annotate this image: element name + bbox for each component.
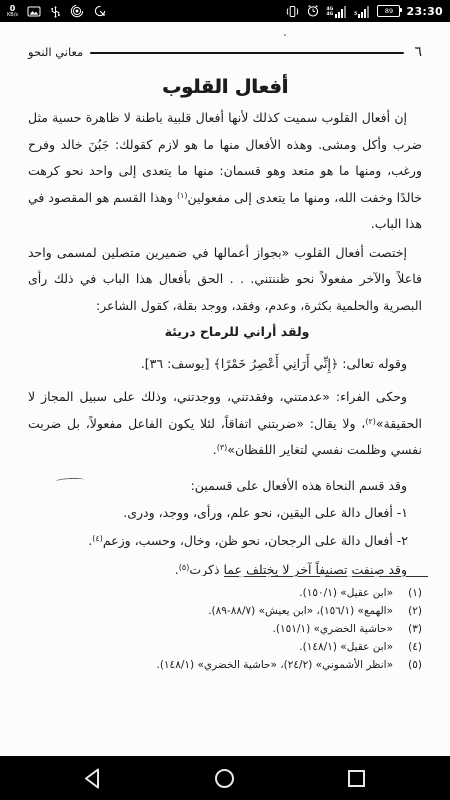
paragraph-ikhtisas: إختصت أفعال القلوب «بجواز أعمالها في ضمي… xyxy=(28,240,422,320)
status-clock: 23:30 xyxy=(406,5,443,18)
navigation-bar xyxy=(0,756,450,800)
footnote-2: (٢) «الهمع» (١٥٦/١)، «ابن يعيش» (٨٩‎-‎٨٨… xyxy=(28,602,422,620)
footnote-4: (٤) «ابن عقيل» (١٤٨/١). xyxy=(28,638,422,656)
footnote-1-number: (١) xyxy=(402,584,422,602)
network-speed-unit: KB/s xyxy=(7,13,18,18)
chapter-title: أفعال القلوب xyxy=(68,75,382,99)
list-item-2: ٢- أفعال دالة على الرجحان، نحو ظن، وخال،… xyxy=(28,528,408,555)
home-button[interactable] xyxy=(203,756,247,800)
signal-icon-sim1: 4G 4G xyxy=(326,5,348,18)
hotspot-icon xyxy=(70,4,84,18)
footnote-ref-5: (٥) xyxy=(179,563,190,572)
footnote-2-number: (٢) xyxy=(402,602,422,620)
footnote-3-text: «حاشية الخضري» (١٥١/١). xyxy=(273,620,393,638)
status-bar-left: 0 KB/s xyxy=(7,4,107,18)
signal-sim2-type: 5 xyxy=(354,12,357,17)
footnote-separator xyxy=(224,576,428,577)
page-header: معاني النحو ٦ xyxy=(28,44,422,60)
signal-icon-sim2: 5 xyxy=(354,5,371,18)
paragraph-quran-citation: وقوله تعالى: ﴿إِنِّي أَرَانِي أَعْصِرُ خ… xyxy=(28,351,422,378)
footnote-5-text: «انظر الأشموني» (٢٤/٢)، «حاشية الخضري» (… xyxy=(156,656,393,674)
footnote-4-number: (٤) xyxy=(402,638,422,656)
footnote-ref-1: (١) xyxy=(177,191,188,200)
footnote-3: (٣) «حاشية الخضري» (١٥١/١). xyxy=(28,620,422,638)
scan-artifact-dot xyxy=(284,34,286,36)
paragraph-intro: إن أفعال القلوب سميت كذلك لأنها أفعال قل… xyxy=(28,105,422,238)
battery-icon: 89 xyxy=(377,5,400,17)
footnote-1-text: «ابن عقيل» (١٥٠/١). xyxy=(299,584,393,602)
footnote-3-number: (٣) xyxy=(402,620,422,638)
footnote-4-text: «ابن عقيل» (١٤٨/١). xyxy=(299,638,393,656)
signal-bars-sim2 xyxy=(358,5,371,18)
back-icon xyxy=(82,767,105,790)
usb-icon xyxy=(50,4,61,18)
paragraph-farra: وحكى الفراء: «عدمتني، وفقدتني، ووجدتني، … xyxy=(28,384,422,464)
gallery-icon xyxy=(27,6,41,17)
data-saver-icon xyxy=(93,4,107,18)
paragraph-closing: وقد صنفت تصنيفاً آخر لا يختلف عما ذكرت(٥… xyxy=(28,557,422,576)
signal-sim1-type-b: 4G xyxy=(327,12,334,17)
paragraph-division: وقد قسم النحاة هذه الأفعال على قسمين: xyxy=(28,473,422,500)
list-item-2-text: ٢- أفعال دالة على الرجحان، نحو ظن، وخال،… xyxy=(103,533,408,548)
poetry-verse: ولقد أراني للرماح دريئة xyxy=(28,319,422,346)
footnote-ref-4: (٤) xyxy=(92,534,103,543)
page-number: ٦ xyxy=(414,44,422,60)
phone-screen: 0 KB/s xyxy=(0,0,450,800)
vibrate-icon xyxy=(285,5,300,18)
recents-icon xyxy=(345,767,368,790)
footnotes-section: (١) «ابن عقيل» (١٥٠/١). (٢) «الهمع» (١٥٦… xyxy=(28,576,422,674)
alarm-icon xyxy=(306,4,320,18)
paragraph-closing-text: وقد صنفت تصنيفاً آخر لا يختلف عما ذكرت xyxy=(189,562,407,576)
status-bar: 0 KB/s xyxy=(0,0,450,22)
status-bar-right: 4G 4G 5 xyxy=(285,4,443,18)
footnote-5: (٥) «انظر الأشموني» (٢٤/٢)، «حاشية الخضر… xyxy=(28,656,422,674)
network-speed-indicator: 0 KB/s xyxy=(7,5,18,18)
battery-percent: 89 xyxy=(385,8,393,15)
footnote-1: (١) «ابن عقيل» (١٥٠/١). xyxy=(28,584,422,602)
footnote-5-number: (٥) xyxy=(402,656,422,674)
back-button[interactable] xyxy=(72,756,116,800)
footnote-ref-2: (٢) xyxy=(365,417,376,426)
list-item-1: ١- أفعال دالة على اليقين، نحو علم، ورأى،… xyxy=(28,500,408,527)
footnote-ref-3: (٣) xyxy=(217,443,228,452)
running-book-title: معاني النحو xyxy=(28,45,83,59)
page-body-text: أفعال القلوب إن أفعال القلوب سميت كذلك ل… xyxy=(28,60,422,576)
signal-bars-sim1 xyxy=(335,5,348,18)
book-page[interactable]: معاني النحو ٦ أفعال القلوب إن أفعال القل… xyxy=(0,22,450,756)
home-icon xyxy=(213,767,236,790)
footnote-2-text: «الهمع» (١٥٦/١)، «ابن يعيش» (٨٩‎-‎٨٨/٧). xyxy=(208,602,393,620)
recents-button[interactable] xyxy=(334,756,378,800)
header-rule xyxy=(90,52,404,54)
